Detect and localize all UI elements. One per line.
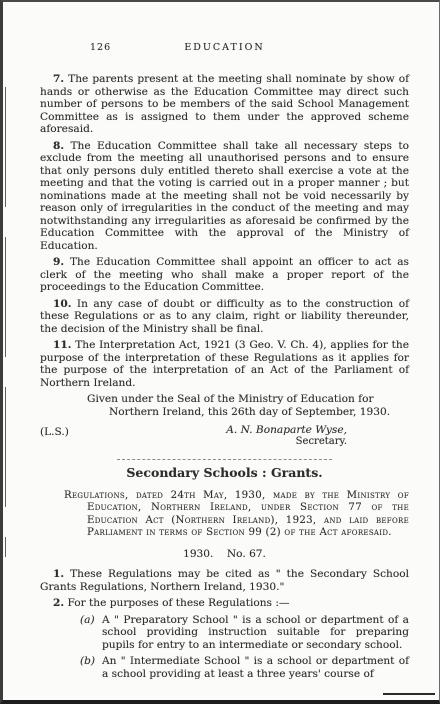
- paragraph-text: For the purposes of these Regulations :—: [67, 597, 289, 609]
- definition-label: (a): [80, 614, 102, 652]
- paragraph-9: 9. The Education Committee shall appoint…: [40, 256, 409, 294]
- paragraph-text: The Education Committee shall appoint an…: [40, 256, 409, 293]
- signature-block: (L.S.) A. N. Bonaparte Wyse, Secretary.: [40, 424, 409, 450]
- paragraph-number: 10.: [53, 298, 71, 310]
- section-divider-rule: [117, 459, 332, 460]
- paragraph-text: The parents present at the meeting shall…: [40, 73, 409, 135]
- paragraph-text: In any case of doubt or difficulty as to…: [40, 298, 409, 335]
- paragraph-text: The Interpretation Act, 1921 (3 Geo. V. …: [40, 339, 409, 389]
- page-number: 126: [90, 42, 111, 55]
- section-heading: Secondary Schools : Grants.: [40, 467, 409, 480]
- definition-label: (b): [80, 655, 102, 680]
- paragraph-10: 10. In any case of doubt or difficulty a…: [40, 298, 409, 336]
- statutory-rule-number: 1930. No. 67.: [40, 548, 409, 561]
- definition-item-a: (a) A " Preparatory School " is a school…: [40, 614, 409, 652]
- paragraph-8: 8. The Education Committee shall take al…: [40, 140, 409, 253]
- paragraph-number: 11.: [53, 339, 71, 351]
- regulations-preamble: Regulations, dated 24th May, 1930, made …: [40, 490, 409, 540]
- paragraph-number: 2.: [53, 597, 64, 609]
- signatory-title: Secretary.: [296, 436, 347, 449]
- paragraph-number: 9.: [53, 256, 64, 268]
- page-content: 126 EDUCATION 7. The parents present at …: [3, 2, 439, 680]
- paragraph-text: These Regulations may be cited as " the …: [40, 568, 409, 593]
- attestation-clause: Given under the Seal of the Ministry of …: [40, 393, 409, 418]
- seal-mark: (L.S.): [40, 426, 69, 439]
- definition-text: An " Intermediate School " is a school o…: [102, 655, 409, 680]
- paragraph-number: 7.: [53, 73, 64, 85]
- paragraph-7: 7. The parents present at the meeting sh…: [40, 73, 409, 136]
- definition-item-b: (b) An " Intermediate School " is a scho…: [40, 655, 409, 680]
- paragraph-number: 8.: [53, 140, 64, 152]
- paragraph-text: The Education Committee shall take all n…: [40, 140, 409, 252]
- running-header: 126 EDUCATION: [40, 42, 409, 55]
- signatory-name: A. N. Bonaparte Wyse,: [226, 424, 347, 437]
- scanned-document-page: 126 EDUCATION 7. The parents present at …: [0, 0, 440, 704]
- section-paragraph-1: 1. These Regulations may be cited as " t…: [40, 568, 409, 593]
- paragraph-11: 11. The Interpretation Act, 1921 (3 Geo.…: [40, 339, 409, 389]
- paragraph-number: 1.: [53, 568, 64, 580]
- definition-text: A " Preparatory School " is a school or …: [102, 614, 409, 652]
- section-paragraph-2: 2. For the purposes of these Regulations…: [40, 597, 409, 610]
- running-header-title: EDUCATION: [184, 42, 264, 53]
